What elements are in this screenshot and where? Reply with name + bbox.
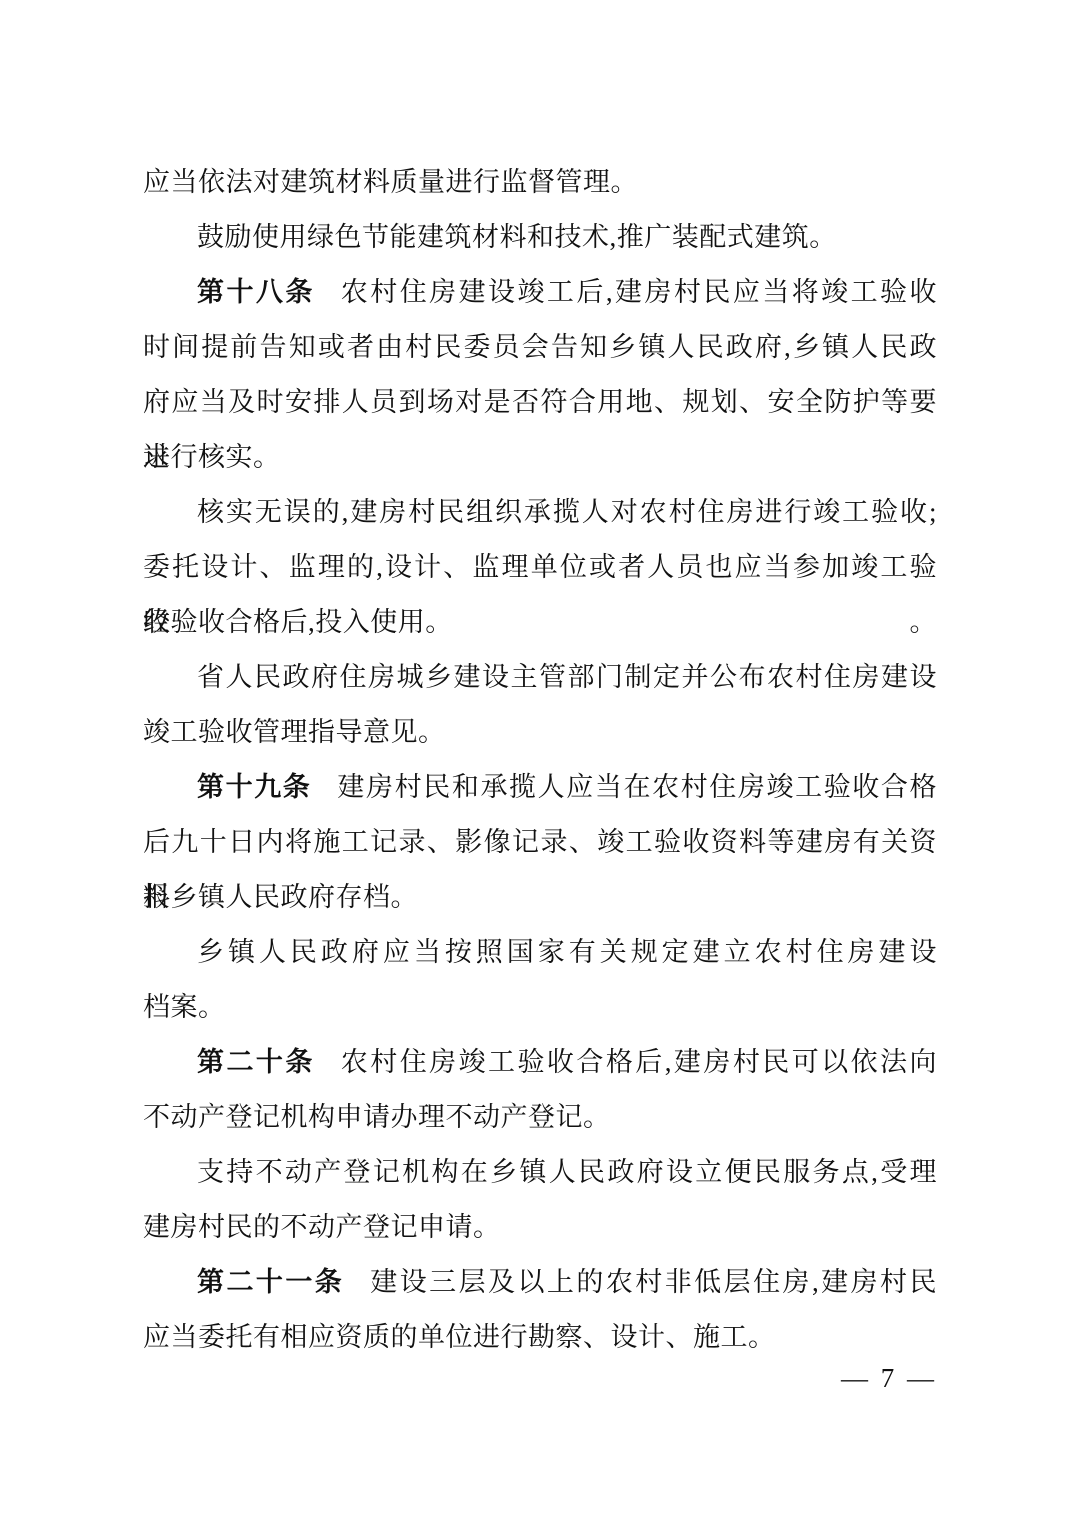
text-line: 不动产登记机构申请办理不动产登记。	[143, 1090, 937, 1145]
article-text: 建房村民和承揽人应当在农村住房竣工验收合格	[337, 772, 937, 802]
text-line: 档案。	[143, 980, 937, 1035]
text-line: 建房村民的不动产登记申请。	[143, 1200, 937, 1255]
article-heading: 第十八条	[197, 277, 315, 307]
article-text: 农村住房竣工验收合格后,建房村民可以依法向	[341, 1047, 937, 1077]
text-line: 报乡镇人民政府存档。	[143, 870, 937, 925]
article-heading: 第十九条	[197, 772, 311, 802]
text-line: 省人民政府住房城乡建设主管部门制定并公布农村住房建设	[143, 650, 937, 705]
text-line: 时间提前告知或者由村民委员会告知乡镇人民政府,乡镇人民政	[143, 320, 937, 375]
text-line: 第二十条农村住房竣工验收合格后,建房村民可以依法向	[143, 1035, 937, 1090]
article-text: 建设三层及以上的农村非低层住房,建房村民	[370, 1267, 937, 1297]
text-line: 后九十日内将施工记录、影像记录、竣工验收资料等建房有关资料	[143, 815, 937, 870]
article-heading: 第二十条	[197, 1047, 315, 1077]
text-line: 委托设计、监理的,设计、监理单位或者人员也应当参加竣工验收。	[143, 540, 937, 595]
text-line: 支持不动产登记机构在乡镇人民政府设立便民服务点,受理	[143, 1145, 937, 1200]
text-line: 应当委托有相应资质的单位进行勘察、设计、施工。	[143, 1310, 937, 1365]
text-line: 第二十一条建设三层及以上的农村非低层住房,建房村民	[143, 1255, 937, 1310]
text-line: 进行核实。	[143, 430, 937, 485]
article-text: 农村住房建设竣工后,建房村民应当将竣工验收	[341, 277, 937, 307]
text-line: 竣工验收管理指导意见。	[143, 705, 937, 760]
text-line: 应当依法对建筑材料质量进行监督管理。	[143, 155, 937, 210]
text-line: 核实无误的,建房村民组织承揽人对农村住房进行竣工验收;	[143, 485, 937, 540]
page-number: — 7 —	[841, 1351, 937, 1406]
text-line: 府应当及时安排人员到场对是否符合用地、规划、安全防护等要求	[143, 375, 937, 430]
text-line: 鼓励使用绿色节能建筑材料和技术,推广装配式建筑。	[143, 210, 937, 265]
document-page: 应当依法对建筑材料质量进行监督管理。 鼓励使用绿色节能建筑材料和技术,推广装配式…	[0, 0, 1080, 1527]
text-line: 第十八条农村住房建设竣工后,建房村民应当将竣工验收	[143, 265, 937, 320]
document-body: 应当依法对建筑材料质量进行监督管理。 鼓励使用绿色节能建筑材料和技术,推广装配式…	[143, 155, 937, 1365]
article-heading: 第二十一条	[197, 1267, 344, 1297]
text-line: 第十九条建房村民和承揽人应当在农村住房竣工验收合格	[143, 760, 937, 815]
text-line: 乡镇人民政府应当按照国家有关规定建立农村住房建设	[143, 925, 937, 980]
